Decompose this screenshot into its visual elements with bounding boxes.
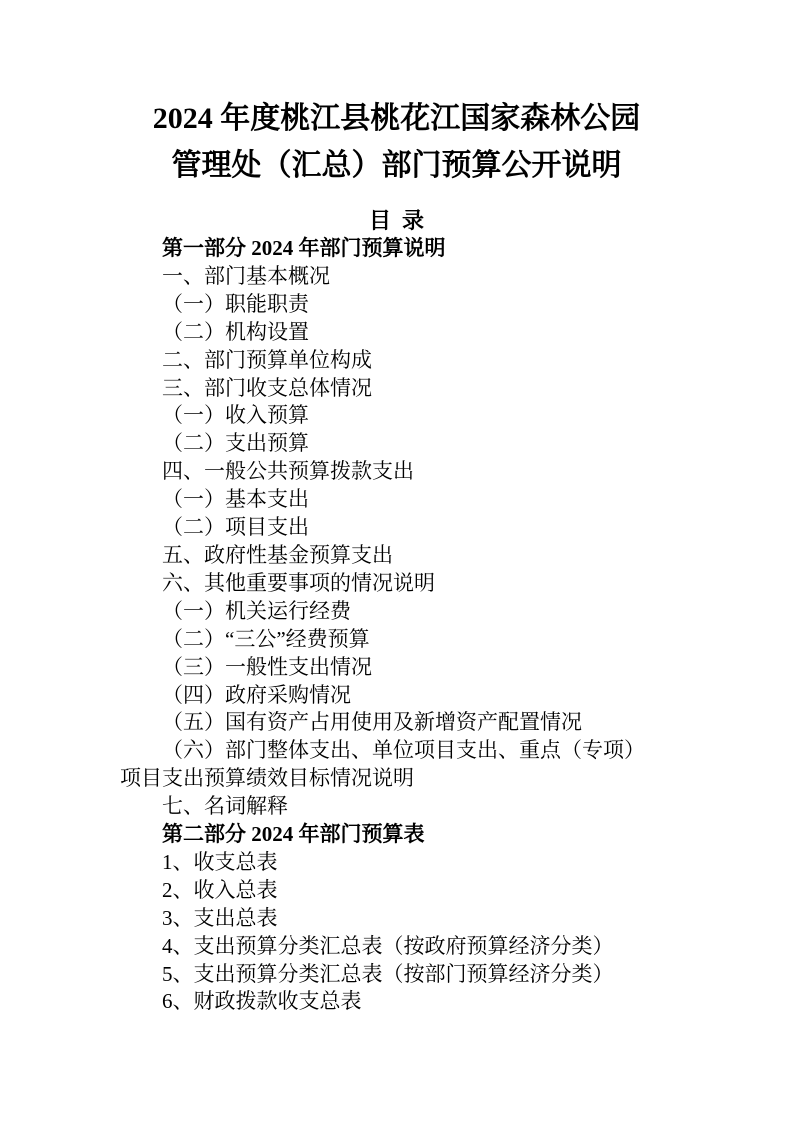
toc-part-heading: 第二部分 2024 年部门预算表	[120, 821, 657, 849]
toc-item: （一）基本支出	[120, 486, 657, 514]
document-title-line-1: 2024 年度桃江县桃花江国家森林公园	[120, 95, 673, 142]
toc-item: 4、支出预算分类汇总表（按政府预算经济分类）	[120, 933, 657, 961]
toc-item: （五）国有资产占用使用及新增资产配置情况	[120, 709, 657, 737]
table-of-contents: 第一部分 2024 年部门预算说明一、部门基本概况（一）职能职责（二）机构设置二…	[120, 235, 657, 1016]
toc-item: （四）政府采购情况	[120, 682, 657, 710]
toc-item: 六、其他重要事项的情况说明	[120, 570, 657, 598]
toc-item: 二、部门预算单位构成	[120, 347, 657, 375]
toc-item: （一）收入预算	[120, 402, 657, 430]
toc-item: 四、一般公共预算拨款支出	[120, 458, 657, 486]
toc-item: （二）支出预算	[120, 430, 657, 458]
toc-item: 6、财政拨款收支总表	[120, 988, 657, 1016]
toc-item: 三、部门收支总体情况	[120, 375, 657, 403]
toc-heading: 目 录	[120, 207, 673, 235]
toc-item: 五、政府性基金预算支出	[120, 542, 657, 570]
toc-item: 七、名词解释	[120, 793, 657, 821]
toc-item: （一）职能职责	[120, 291, 657, 319]
toc-item: （二）机构设置	[120, 319, 657, 347]
toc-item: 2、收入总表	[120, 877, 657, 905]
toc-item: 5、支出预算分类汇总表（按部门预算经济分类）	[120, 961, 657, 989]
toc-item: （六）部门整体支出、单位项目支出、重点（专项）项目支出预算绩效目标情况说明	[120, 737, 657, 793]
document-page: 2024 年度桃江县桃花江国家森林公园 管理处（汇总）部门预算公开说明 目 录 …	[0, 0, 793, 1122]
toc-item: 1、收支总表	[120, 849, 657, 877]
toc-item: 3、支出总表	[120, 905, 657, 933]
toc-item: （二）“三公”经费预算	[120, 626, 657, 654]
toc-item: （一）机关运行经费	[120, 598, 657, 626]
toc-item: （三）一般性支出情况	[120, 654, 657, 682]
document-title-line-2: 管理处（汇总）部门预算公开说明	[120, 142, 673, 189]
toc-item: （二）项目支出	[120, 514, 657, 542]
toc-part-heading: 第一部分 2024 年部门预算说明	[120, 235, 657, 263]
document-title: 2024 年度桃江县桃花江国家森林公园 管理处（汇总）部门预算公开说明	[120, 95, 673, 189]
toc-item: 一、部门基本概况	[120, 263, 657, 291]
